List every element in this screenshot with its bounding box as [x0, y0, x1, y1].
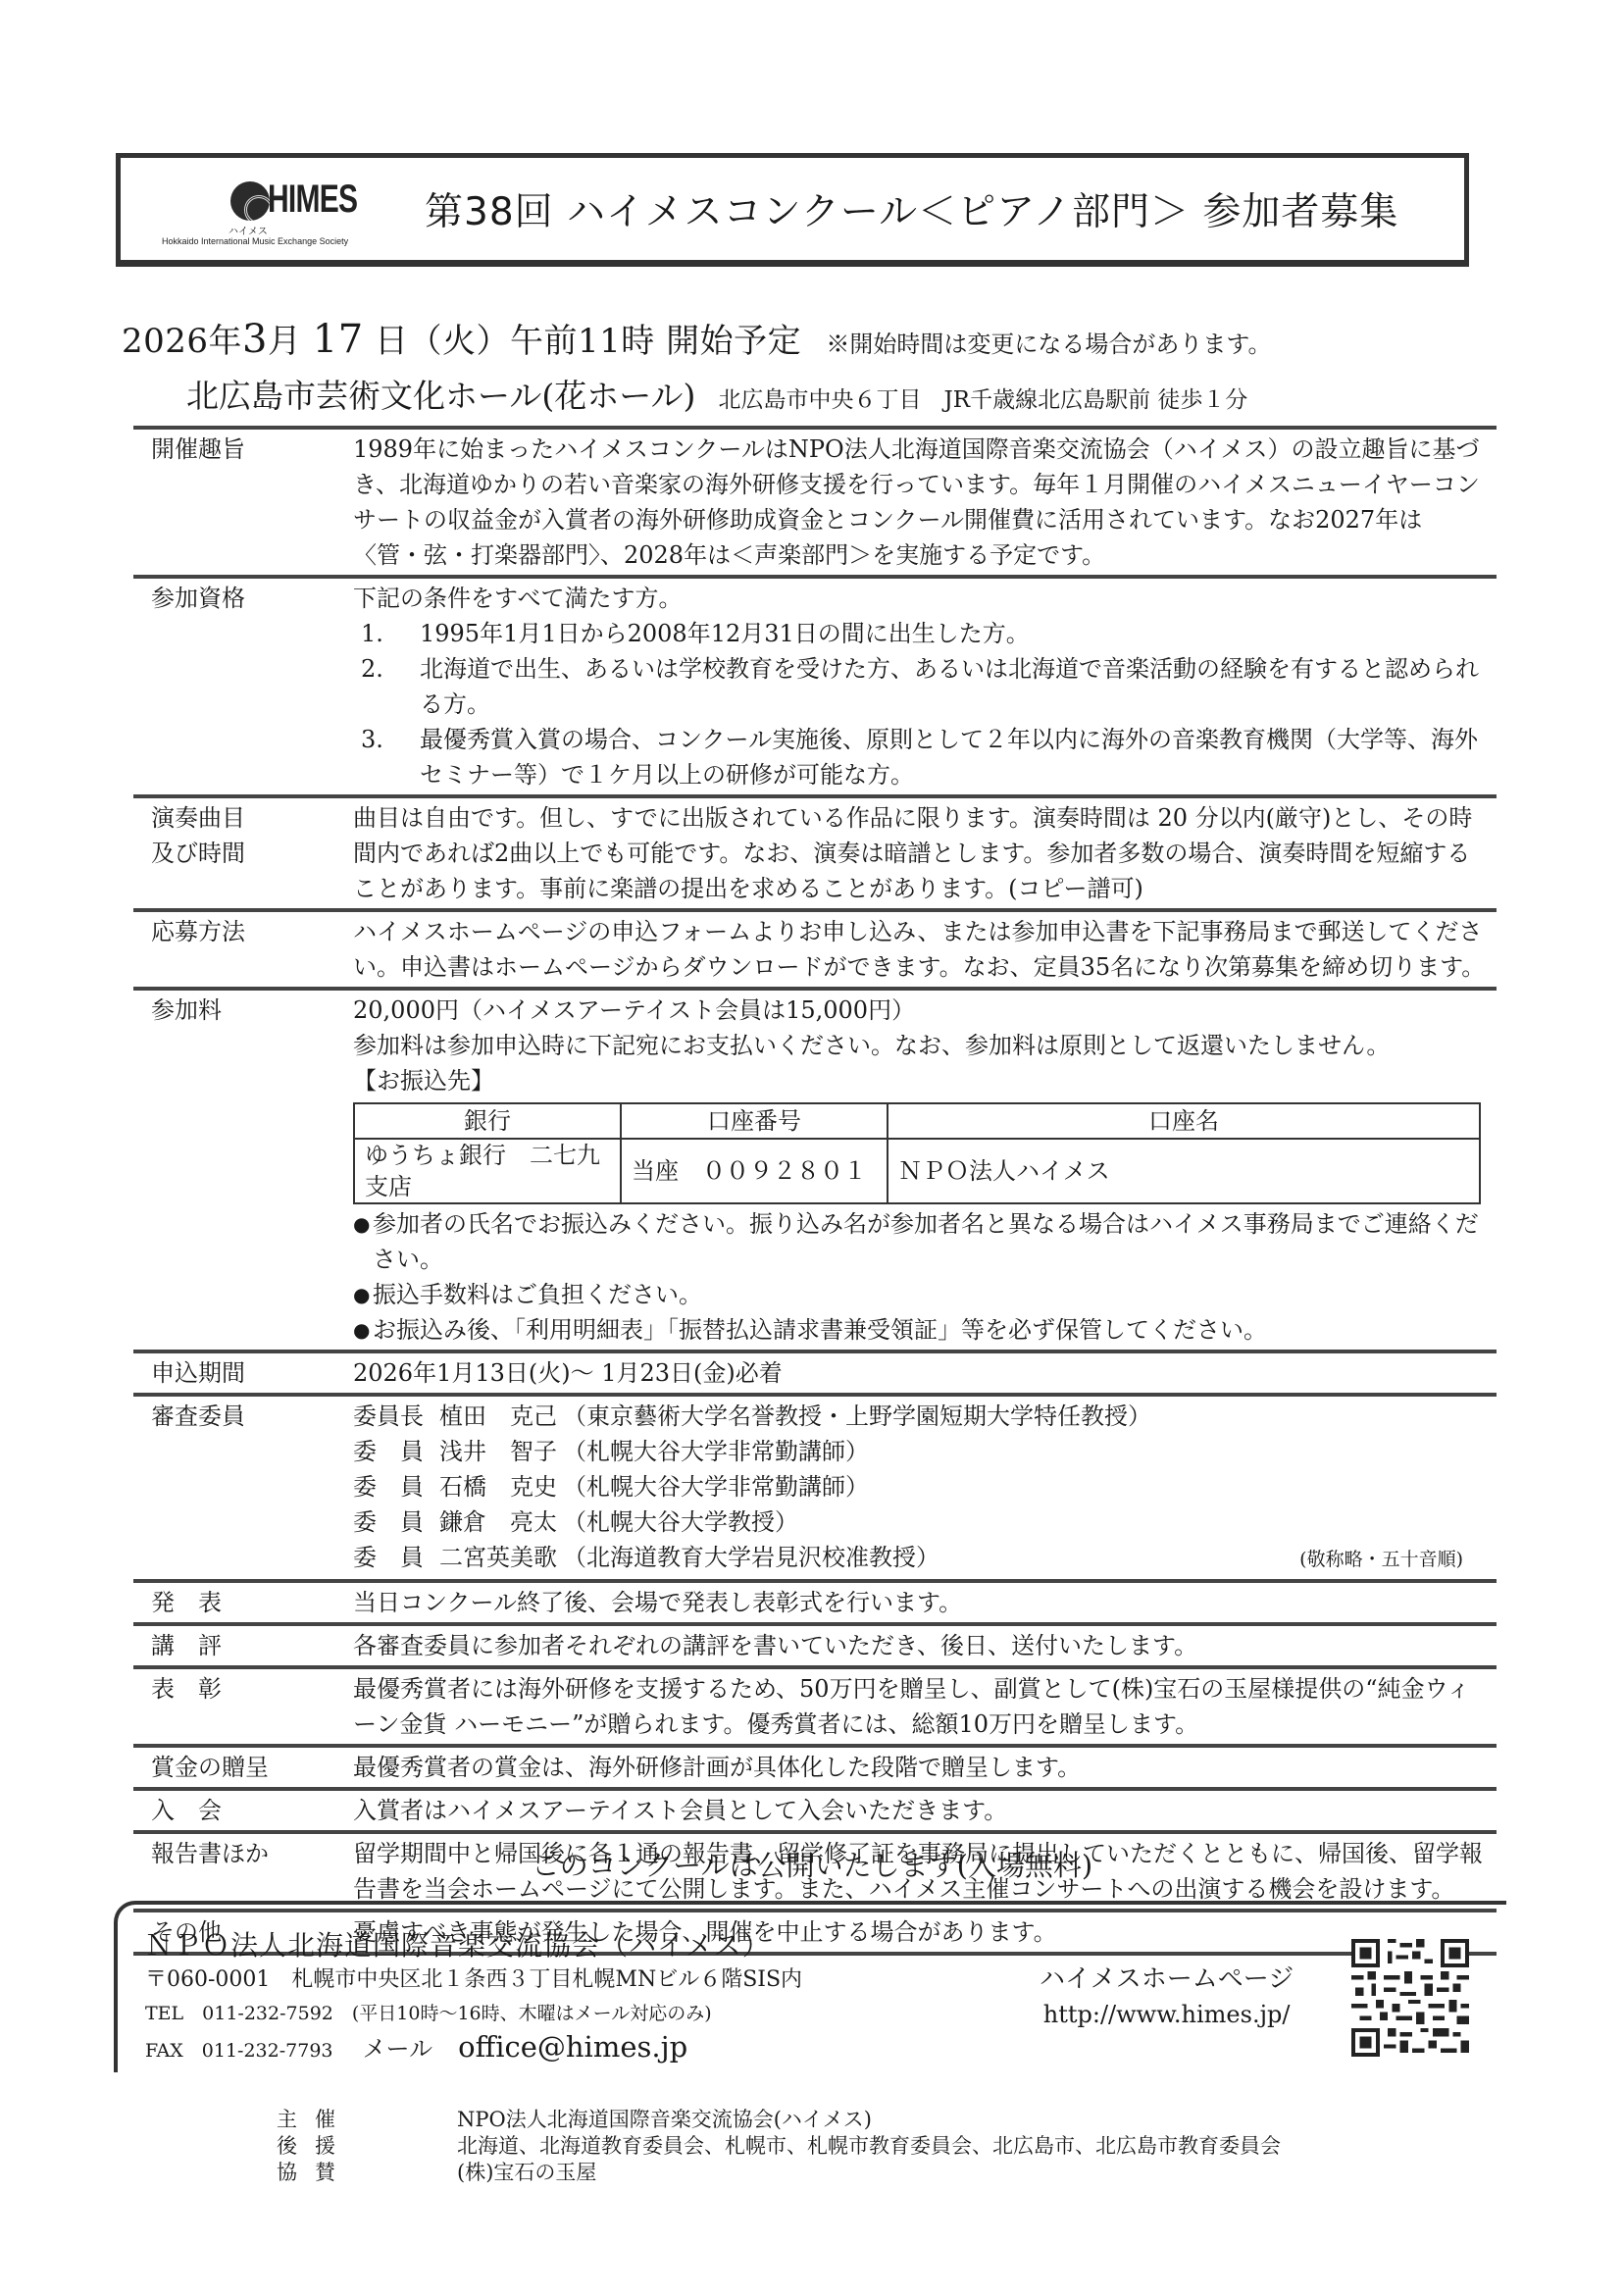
- sponsor-value: NPO法人北海道国際音楽交流協会(ハイメス): [457, 2107, 872, 2133]
- row-body: 入賞者はハイメスアーテイスト会員として入会いただきます。: [353, 1793, 1497, 1828]
- row-critique: 講 評 各審査委員に参加者それぞれの講評を書いていただき、後日、送付いたします。: [133, 1622, 1497, 1665]
- fax-and-mail: FAX 011-232-7793 メール office@himes.jp: [145, 2030, 802, 2067]
- judge-role: 委員長: [353, 1399, 439, 1434]
- row-body: 曲目は自由です。但し、すでに出版されている作品に限ります。演奏時間は 20 分以…: [353, 800, 1497, 906]
- row-application: 応募方法 ハイメスホームページの申込フォームよりお申し込み、または参加申込書を下…: [133, 908, 1497, 987]
- bullet-icon: ●: [353, 1312, 373, 1348]
- fee-amount: 20,000円（ハイメスアーテイスト会員は15,000円）: [353, 993, 1493, 1028]
- contact-info: ＮＰＯ法人北海道国際音楽交流協会（ハイメス） 〒060-0001 札幌市中央区北…: [145, 1924, 802, 2067]
- sponsor-list: 主催NPO法人北海道国際音楽交流協会(ハイメス) 後援北海道、北海道教育委員会、…: [277, 2107, 1281, 2186]
- judge-name: 石橋 克史: [439, 1469, 563, 1504]
- row-judges: 審査委員 委員長植田 克己（東京藝術大学名誉教授・上野学園短期大学特任教授） 委…: [133, 1393, 1497, 1579]
- date-note: ※開始時間は変更になる場合があります。: [826, 331, 1271, 358]
- date-day-unit: 日: [375, 322, 409, 361]
- list-item: ●振込手数料はご負担ください。: [353, 1277, 1493, 1312]
- venue-address: 北広島市中央６丁目 JR千歳線北広島駅前 徒歩１分: [719, 387, 1248, 413]
- row-label: 参加料: [133, 993, 353, 1348]
- account-name-cell: ＮＰＯ法人ハイメス: [888, 1139, 1480, 1203]
- row-announcement: 発 表 当日コンクール終了後、会場で発表し表彰式を行います。: [133, 1579, 1497, 1622]
- list-text: 北海道で出生、あるいは学校教育を受けた方、あるいは北海道で音楽活動の経験を有する…: [420, 651, 1493, 722]
- list-number: 3.: [353, 722, 420, 792]
- judge-name: 二宮英美歌: [439, 1540, 563, 1575]
- row-body: 委員長植田 克己（東京藝術大学名誉教授・上野学園短期大学特任教授） 委 員浅井 …: [353, 1399, 1497, 1577]
- row-label: 申込期間: [133, 1355, 353, 1391]
- row-prize-delivery: 賞金の贈呈 最優秀賞者の賞金は、海外研修計画が具体化した段階で贈呈します。: [133, 1744, 1497, 1787]
- judge-affiliation: （札幌大谷大学非常勤講師）: [563, 1434, 869, 1469]
- row-body: 1989年に始まったハイメスコンクールはNPO法人北海道国際音楽交流協会（ハイメ…: [353, 432, 1497, 573]
- row-repertoire: 演奏曲目 及び時間 曲目は自由です。但し、すでに出版されている作品に限ります。演…: [133, 794, 1497, 908]
- sponsor-label: 協賛: [277, 2160, 457, 2186]
- judge-item: 委員長植田 克己（東京藝術大学名誉教授・上野学園短期大学特任教授）: [353, 1399, 1493, 1434]
- judge-name: 植田 克己: [439, 1399, 563, 1434]
- judge-role: 委 員: [353, 1504, 439, 1540]
- fee-bullets: ●参加者の氏名でお振込みください。振り込み名が参加者名と異なる場合はハイメス事務…: [353, 1206, 1493, 1348]
- judge-affiliation: （札幌大谷大学非常勤講師）: [563, 1469, 869, 1504]
- event-venue: 北広島市芸術文化ホール(花ホール) 北広島市中央６丁目 JR千歳線北広島駅前 徒…: [186, 371, 1247, 417]
- row-label: 参加資格: [133, 581, 353, 792]
- date-month: 3: [242, 317, 268, 362]
- list-text: 最優秀賞入賞の場合、コンクール実施後、原則として２年以内に海外の音楽教育機関（大…: [420, 722, 1493, 792]
- judge-item: 委 員浅井 智子（札幌大谷大学非常勤講師）: [353, 1434, 1493, 1469]
- list-text: 1995年1月1日から2008年12月31日の間に出生した方。: [420, 616, 1030, 651]
- row-label: 表 彰: [133, 1671, 353, 1742]
- row-body: 2026年1月13日(火)～ 1月23日(金)必着: [353, 1355, 1497, 1391]
- date-year: 2026年: [122, 322, 242, 361]
- judge-name: 鎌倉 亮太: [439, 1504, 563, 1540]
- details-table: 開催趣旨 1989年に始まったハイメスコンクールはNPO法人北海道国際音楽交流協…: [133, 426, 1497, 1956]
- bank-table: 銀行 口座番号 口座名 ゆうちょ銀行 二七九支店 当座 ００９２８０１ ＮＰＯ法…: [353, 1102, 1481, 1204]
- list-text: お振込み後、「利用明細表」「振替払込請求書兼受領証」等を必ず保管してください。: [373, 1312, 1267, 1348]
- flyer-page: HIMES ハイメス Hokkaido International Music …: [0, 0, 1624, 2294]
- row-body: 下記の条件をすべて満たす方。 1.1995年1月1日から2008年12月31日の…: [353, 581, 1497, 792]
- list-text: 振込手数料はご負担ください。: [373, 1277, 702, 1312]
- row-label: 講 評: [133, 1628, 353, 1663]
- mail-label: メール: [363, 2035, 433, 2063]
- list-item: 1.1995年1月1日から2008年12月31日の間に出生した方。: [353, 616, 1493, 651]
- judge-item: 委 員石橋 克史（札幌大谷大学非常勤講師）: [353, 1469, 1493, 1504]
- homepage-info: ハイメスホームページ http://www.himes.jp/: [1040, 1959, 1294, 2028]
- row-label: 発 表: [133, 1585, 353, 1620]
- row-label: 審査委員: [133, 1399, 353, 1577]
- column-header: 銀行: [354, 1103, 621, 1139]
- phone-number: TEL 011-232-7592 (平日10時～16時、木曜はメール対応のみ): [145, 1997, 802, 2030]
- sponsor-label: 後援: [277, 2133, 457, 2160]
- logo-kana: ハイメス: [228, 223, 268, 237]
- logo-wordmark: HIMES: [268, 178, 357, 222]
- judge-role: 委 員: [353, 1469, 439, 1504]
- row-membership: 入 会 入賞者はハイメスアーテイスト会員として入会いただきます。: [133, 1787, 1497, 1830]
- row-body: 各審査委員に参加者それぞれの講評を書いていただき、後日、送付いたします。: [353, 1628, 1497, 1663]
- logo-subtitle: Hokkaido International Music Exchange So…: [162, 236, 348, 246]
- venue-name: 北広島市芸術文化ホール(花ホール): [186, 377, 695, 415]
- list-text: 参加者の氏名でお振込みください。振り込み名が参加者名と異なる場合はハイメス事務局…: [373, 1206, 1493, 1277]
- judge-name: 浅井 智子: [439, 1434, 563, 1469]
- judge-role: 委 員: [353, 1434, 439, 1469]
- row-label: 演奏曲目 及び時間: [133, 800, 353, 906]
- column-header: 口座名: [888, 1103, 1480, 1139]
- list-number: 1.: [353, 616, 420, 651]
- homepage-label: ハイメスホームページ: [1040, 1959, 1294, 1995]
- row-label: 賞金の贈呈: [133, 1750, 353, 1785]
- sponsor-label: 主催: [277, 2107, 457, 2133]
- fax-number: FAX 011-232-7793: [145, 2040, 333, 2062]
- judge-item: 委 員鎌倉 亮太（札幌大谷大学教授）: [353, 1504, 1493, 1540]
- row-label: 入 会: [133, 1793, 353, 1828]
- judge-affiliation: （東京藝術大学名誉教授・上野学園短期大学特任教授）: [563, 1399, 1151, 1434]
- bullet-icon: ●: [353, 1206, 373, 1277]
- date-day: 17: [313, 317, 364, 362]
- date-month-unit: 月: [268, 322, 302, 361]
- row-label: 開催趣旨: [133, 432, 353, 573]
- sponsor-row-support: 後援北海道、北海道教育委員会、札幌市、札幌市教育委員会、北広島市、北広島市教育委…: [277, 2133, 1281, 2160]
- sponsor-value: 北海道、北海道教育委員会、札幌市、札幌市教育委員会、北広島市、北広島市教育委員会: [457, 2133, 1281, 2160]
- row-period: 申込期間 2026年1月13日(火)～ 1月23日(金)必着: [133, 1350, 1497, 1393]
- judge-affiliation: （札幌大谷大学教授）: [563, 1504, 798, 1540]
- sponsor-value: (株)宝石の玉屋: [457, 2160, 596, 2186]
- contact-box: ＮＰＯ法人北海道国際音楽交流協会（ハイメス） 〒060-0001 札幌市中央区北…: [114, 1901, 1506, 2072]
- header-banner: HIMES ハイメス Hokkaido International Music …: [116, 153, 1469, 267]
- himes-logo: HIMES ハイメス Hokkaido International Music …: [162, 176, 348, 254]
- page-title: 第38回 ハイメスコンクール＜ピアノ部門＞ 参加者募集: [425, 181, 1398, 236]
- event-date: 2026年3月 17 日（火）午前11時 開始予定 ※開始時間は変更になる場合が…: [122, 314, 1272, 362]
- row-label: 応募方法: [133, 914, 353, 985]
- org-name: ＮＰＯ法人北海道国際音楽交流協会（ハイメス）: [145, 1924, 802, 1963]
- list-item: ●お振込み後、「利用明細表」「振替払込請求書兼受領証」等を必ず保管してください。: [353, 1312, 1493, 1348]
- bank-cell: ゆうちょ銀行 二七九支店: [354, 1139, 621, 1203]
- row-body: 最優秀賞者には海外研修を支援するため、50万円を贈呈し、副賞として(株)宝石の玉…: [353, 1671, 1497, 1742]
- row-body: 最優秀賞者の賞金は、海外研修計画が具体化した段階で贈呈します。: [353, 1750, 1497, 1785]
- email-link[interactable]: office@himes.jp: [458, 2030, 687, 2064]
- fee-note: 参加料は参加申込時に下記宛にお支払いください。なお、参加料は原則として返還いたし…: [353, 1028, 1493, 1063]
- sponsor-row-organizer: 主催NPO法人北海道国際音楽交流協会(ハイメス): [277, 2107, 1281, 2133]
- table-row: ゆうちょ銀行 二七九支店 当座 ００９２８０１ ＮＰＯ法人ハイメス: [354, 1139, 1480, 1203]
- list-item: 3.最優秀賞入賞の場合、コンクール実施後、原則として２年以内に海外の音楽教育機関…: [353, 722, 1493, 792]
- transfer-heading: 【お振込先】: [353, 1063, 1493, 1098]
- table-header-row: 銀行 口座番号 口座名: [354, 1103, 1480, 1139]
- account-number-cell: 当座 ００９２８０１: [621, 1139, 888, 1203]
- eligibility-conditions: 1.1995年1月1日から2008年12月31日の間に出生した方。 2.北海道で…: [353, 616, 1493, 792]
- postal-address: 〒060-0001 札幌市中央区北１条西３丁目札幌MNビル６階SIS内: [145, 1963, 802, 1997]
- row-body: 20,000円（ハイメスアーテイスト会員は15,000円） 参加料は参加申込時に…: [353, 993, 1497, 1348]
- row-body: 当日コンクール終了後、会場で発表し表彰式を行います。: [353, 1585, 1497, 1620]
- himes-disc-icon: [230, 181, 270, 221]
- qr-code-icon: [1351, 1937, 1469, 2059]
- list-item: 2.北海道で出生、あるいは学校教育を受けた方、あるいは北海道で音楽活動の経験を有…: [353, 651, 1493, 722]
- date-rest: （火）午前11時 開始予定: [409, 322, 802, 361]
- bullet-icon: ●: [353, 1277, 373, 1312]
- row-award: 表 彰 最優秀賞者には海外研修を支援するため、50万円を贈呈し、副賞として(株)…: [133, 1665, 1497, 1744]
- sponsor-row-cosponsor: 協賛(株)宝石の玉屋: [277, 2160, 1281, 2186]
- row-purpose: 開催趣旨 1989年に始まったハイメスコンクールはNPO法人北海道国際音楽交流協…: [133, 426, 1497, 575]
- judge-role: 委 員: [353, 1540, 439, 1575]
- row-body: ハイメスホームページの申込フォームよりお申し込み、または参加申込書を下記事務局ま…: [353, 914, 1497, 985]
- eligibility-intro: 下記の条件をすべて満たす方。: [353, 581, 1493, 616]
- row-eligibility: 参加資格 下記の条件をすべて満たす方。 1.1995年1月1日から2008年12…: [133, 575, 1497, 794]
- public-notice: このコンクールは公開いたします(入場無料): [0, 1844, 1624, 1884]
- list-number: 2.: [353, 651, 420, 722]
- row-fee: 参加料 20,000円（ハイメスアーテイスト会員は15,000円） 参加料は参加…: [133, 987, 1497, 1350]
- judge-affiliation: （北海道教育大学岩見沢校准教授）: [563, 1540, 939, 1575]
- column-header: 口座番号: [621, 1103, 888, 1139]
- list-item: ●参加者の氏名でお振込みください。振り込み名が参加者名と異なる場合はハイメス事務…: [353, 1206, 1493, 1277]
- homepage-link[interactable]: http://www.himes.jp/: [1040, 2001, 1294, 2028]
